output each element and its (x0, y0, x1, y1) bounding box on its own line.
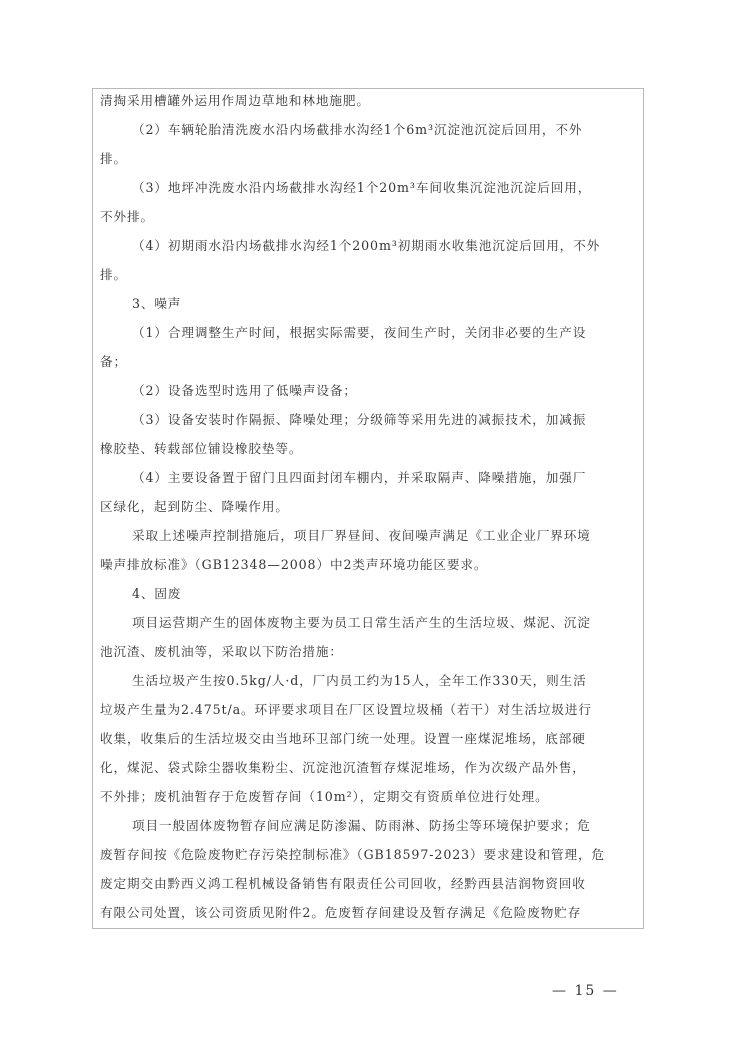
text-line: 备； (100, 354, 640, 370)
text-line: 废暂存间按《危险废物贮存污染控制标准》（GB18597-2023）要求建设和管理… (100, 847, 640, 863)
text-line: 池沉渣、废机油等，采取以下防治措施： (100, 644, 640, 660)
text-line: 橡胶垫、转载部位铺设橡胶垫等。 (100, 441, 640, 457)
text-line: 噪声排放标准》（GB12348—2008）中2类声环境功能区要求。 (100, 557, 640, 573)
text-line: （3）设备安装时作隔振、降噪处理；分级筛等采用先进的减振技术，加减振 (132, 412, 640, 428)
text-line: 区绿化，起到防尘、降噪作用。 (100, 499, 640, 515)
text-line: 生活垃圾产生按0.5kg/人·d，厂内员工约为15人，全年工作330天，则生活 (132, 673, 640, 689)
text-line: （2）设备选型时选用了低噪声设备； (132, 383, 640, 399)
text-line: 废定期交由黔西义鸿工程机械设备销售有限责任公司回收，经黔西县洁润物资回收 (100, 876, 640, 892)
section-heading-noise: 3、噪声 (132, 296, 672, 312)
text-line: 不外排；废机油暂存于危废暂存间（10m²），定期交有资质单位进行处理。 (100, 789, 640, 805)
text-line: （4）主要设备置于留门且四面封闭车棚内，并采取隔声、降噪措施，加强厂 (132, 470, 640, 486)
text-line: 项目运营期产生的固体废物主要为员工日常生活产生的生活垃圾、煤泥、沉淀 (132, 615, 640, 631)
text-line: 清掏采用槽罐外运用作周边草地和林地施肥。 (100, 93, 640, 109)
text-line: 排。 (100, 267, 640, 283)
page-number: — 15 — (552, 983, 632, 999)
text-line: 排。 (100, 151, 640, 167)
text-line: （2）车辆轮胎清洗废水沿内场截排水沟经1个6m³沉淀池沉淀后回用，不外 (132, 122, 640, 138)
text-line: 化，煤泥、袋式除尘器收集粉尘、沉淀池沉渣暂存煤泥堆场，作为次级产品外售， (100, 760, 640, 776)
text-line: 采取上述噪声控制措施后，项目厂界昼间、夜间噪声满足《工业企业厂界环境 (132, 528, 640, 544)
text-line: （3）地坪冲洗废水沿内场截排水沟经1个20m³车间收集沉淀池沉淀后回用， (132, 180, 640, 196)
text-line: 有限公司处置，该公司资质见附件2。危废暂存间建设及暂存满足《危险废物贮存 (100, 905, 640, 921)
section-heading-solid-waste: 4、固废 (132, 586, 672, 602)
text-line: 不外排。 (100, 209, 640, 225)
text-line: （4）初期雨水沿内场截排水沟经1个200m³初期雨水收集池沉淀后回用，不外 (132, 238, 640, 254)
text-line: 项目一般固体废物暂存间应满足防渗漏、防雨淋、防扬尘等环境保护要求；危 (132, 818, 640, 834)
text-line: 收集，收集后的生活垃圾交由当地环卫部门统一处理。设置一座煤泥堆场，底部硬 (100, 731, 640, 747)
text-line: （1）合理调整生产时间，根据实际需要，夜间生产时，关闭非必要的生产设 (132, 325, 640, 341)
text-line: 垃圾产生量为2.475t/a。环评要求项目在厂区设置垃圾桶（若干）对生活垃圾进行 (100, 702, 640, 718)
